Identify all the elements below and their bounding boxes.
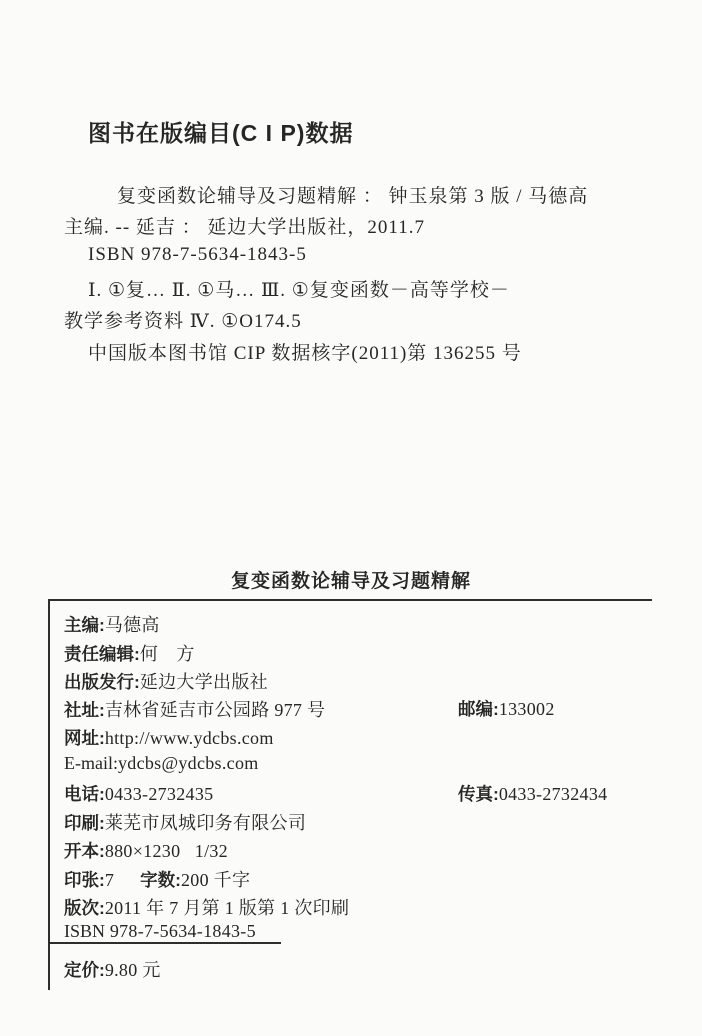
field-pair-right: 邮编:133002 — [458, 696, 555, 721]
field-value: 吉林省延吉市公园路 977 号 — [105, 700, 326, 720]
colophon-row: 印张:7字数:200 千字 — [64, 866, 664, 892]
colophon-row: 社址:吉林省延吉市公园路 977 号邮编:133002 — [64, 696, 664, 722]
field-label: 传真: — [458, 784, 499, 804]
colophon-row: 电话:0433-2732435传真:0433-2732434 — [64, 781, 664, 807]
field-label: 字数: — [140, 870, 181, 890]
colophon-row: 出版发行:延边大学出版社 — [64, 668, 664, 694]
field-value: 7 — [105, 870, 114, 890]
colophon-row: 印刷:莱芜市凤城印务有限公司 — [64, 809, 664, 835]
field-label: 邮编: — [458, 699, 499, 719]
field-value: 何 方 — [140, 644, 195, 664]
colophon-row: 版次:2011 年 7 月第 1 版第 1 次印刷 — [64, 894, 664, 920]
cip-line: 主编. -- 延吉 ： 延边大学出版社，2011.7 — [64, 212, 425, 239]
field-value: http://www.ydcbs.com — [105, 728, 274, 748]
price-divider — [48, 942, 281, 944]
price-row: 定价:9.80 元 — [64, 956, 664, 982]
colophon-row: 开本:880×1230 1/32 — [64, 838, 664, 864]
field-label: 开本: — [64, 841, 105, 861]
field-value: 978-7-5634-1843-5 — [105, 921, 256, 941]
field-value: 0433-2732434 — [499, 784, 608, 804]
colophon-row: 责任编辑:何 方 — [64, 640, 664, 666]
field-label: 主编: — [64, 615, 105, 635]
field-value: 莱芜市凤城印务有限公司 — [105, 813, 306, 833]
field-value: 133002 — [499, 699, 555, 719]
field-label: 电话: — [64, 784, 105, 804]
book-copyright-page: 图书在版编目(C I P)数据 复变函数论辅导及习题精解 ： 钟玉泉第 3 版 … — [0, 0, 702, 1036]
field-label: 网址: — [64, 728, 105, 748]
top-divider — [48, 599, 652, 601]
field-value: 2011 年 7 月第 1 版第 1 次印刷 — [105, 898, 349, 918]
field-value: ydcbs@ydcbs.com — [118, 753, 259, 773]
field-value: 880×1230 1/32 — [105, 841, 228, 861]
book-title: 复变函数论辅导及习题精解 — [0, 566, 702, 593]
field-label: 印刷: — [64, 813, 105, 833]
field-pair-right: 传真:0433-2732434 — [458, 781, 607, 806]
field-label: E-mail: — [64, 753, 118, 773]
cip-classification-line: Ⅰ. ①复… Ⅱ. ①马… Ⅲ. ①复变函数－高等学校－ — [88, 275, 510, 302]
left-border — [48, 599, 50, 990]
field-label: 出版发行: — [64, 672, 140, 692]
cip-classification-line: 教学参考资料 Ⅳ. ①O174.5 — [64, 306, 302, 333]
field-label: ISBN — [64, 921, 105, 941]
colophon-row: 主编:马德高 — [64, 611, 664, 637]
field-label: 版次: — [64, 898, 105, 918]
field-value: 马德高 — [105, 615, 160, 635]
cip-line: 复变函数论辅导及习题精解 ： 钟玉泉第 3 版 / 马德高 — [117, 181, 588, 208]
field-label: 责任编辑: — [64, 644, 140, 664]
colophon-row: 网址:http://www.ydcbs.com — [64, 725, 664, 751]
cip-isbn-line: ISBN 978-7-5634-1843-5 — [88, 244, 307, 266]
field-label: 印张: — [64, 870, 105, 890]
field-value: 9.80 元 — [105, 960, 161, 980]
colophon-row: E-mail:ydcbs@ydcbs.com — [64, 753, 664, 779]
field-value: 200 千字 — [181, 870, 250, 890]
cip-registry-line: 中国版本图书馆 CIP 数据核字(2011)第 136255 号 — [88, 338, 522, 365]
field-label: 社址: — [64, 700, 105, 720]
field-value: 延边大学出版社 — [140, 672, 268, 692]
field-label: 定价: — [64, 960, 105, 980]
cip-heading: 图书在版编目(C I P)数据 — [88, 115, 353, 148]
field-value: 0433-2732435 — [105, 784, 214, 804]
